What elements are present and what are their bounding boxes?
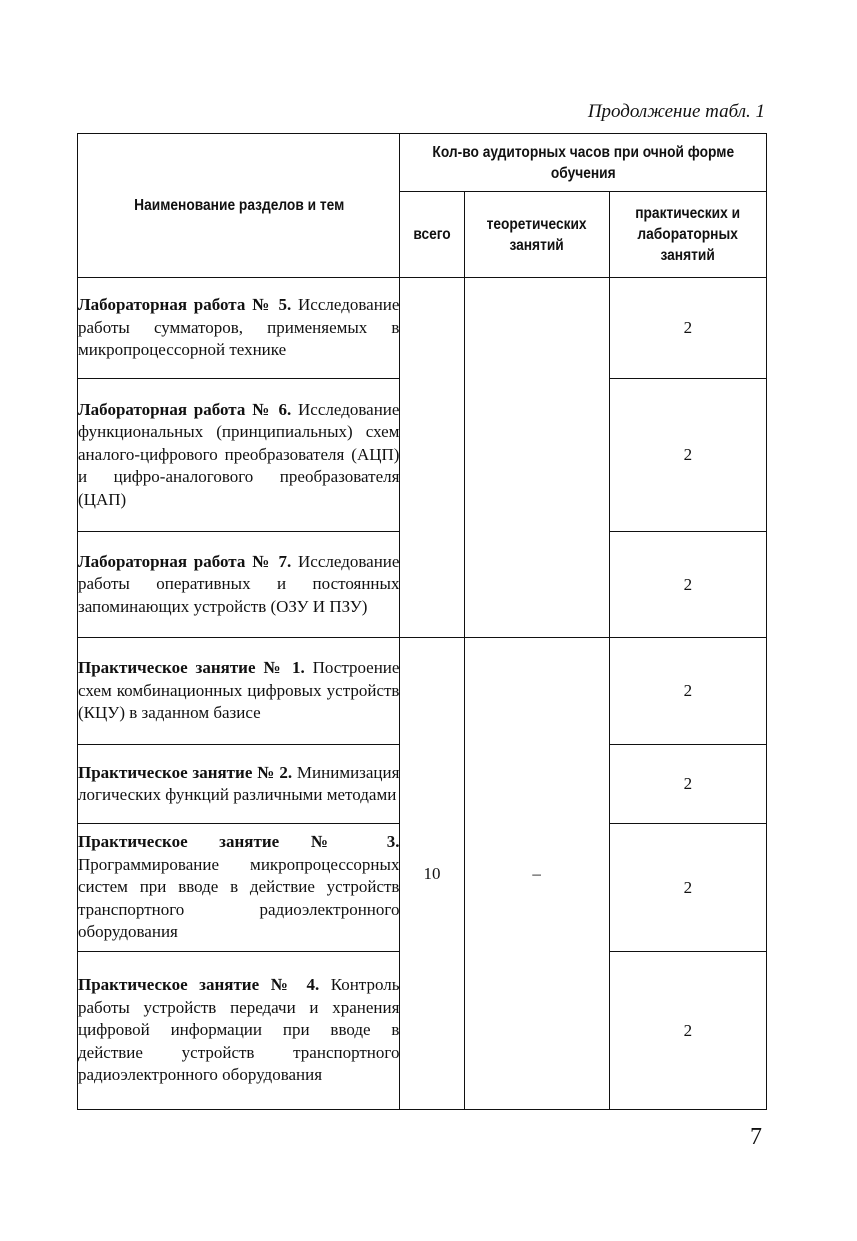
row-practice-hours: 2 [609, 952, 766, 1110]
row-practice-hours: 2 [609, 745, 766, 824]
row-topic: Лабораторная работа № 5. Исследование ра… [78, 278, 400, 379]
group-total-hours: 10 [400, 638, 464, 1110]
header-theory: теоретических занятий [474, 192, 599, 278]
row-topic: Лабораторная работа № 7. Исследование ра… [78, 532, 400, 638]
row-topic-title: Практическое занятие № 4. [78, 975, 319, 994]
table-row: Лабораторная работа № 5. Исследование ра… [78, 278, 767, 379]
hours-table: Наименование разделов и тем Кол-во аудит… [77, 133, 767, 1110]
header-group: Кол-во аудиторных часов при очной форме … [426, 134, 741, 192]
row-topic-title: Практическое занятие № 1. [78, 658, 305, 677]
row-topic-text: Программирование микропроцессорных систе… [78, 855, 399, 942]
header-practice: практических и лабораторных занятий [620, 192, 755, 278]
row-practice-hours: 2 [609, 278, 766, 379]
header-name: Наименование разделов и тем [100, 134, 377, 278]
row-topic: Практическое занятие № 4. Контроль работ… [78, 952, 400, 1110]
row-practice-hours: 2 [609, 638, 766, 745]
row-practice-hours: 2 [609, 824, 766, 952]
group-theory-hours: – [464, 638, 609, 1110]
row-topic-title: Практическое занятие № 3. [78, 832, 399, 851]
row-topic: Практическое занятие № 1. Построение схе… [78, 638, 400, 745]
row-topic: Лабораторная работа № 6. Исследование фу… [78, 379, 400, 532]
page-number: 7 [750, 1124, 762, 1151]
row-topic-title: Лабораторная работа № 5. [78, 295, 291, 314]
table-body: Лабораторная работа № 5. Исследование ра… [78, 278, 767, 1110]
row-topic-title: Лабораторная работа № 6. [78, 400, 291, 419]
table-row: Практическое занятие № 1. Построение схе… [78, 638, 767, 745]
table-caption: Продолжение табл. 1 [588, 101, 765, 123]
row-topic: Практическое занятие № 2. Минимизация ло… [78, 745, 400, 824]
row-topic: Практическое занятие № 3. Программирован… [78, 824, 400, 952]
row-practice-hours: 2 [609, 532, 766, 638]
header-total: всего [404, 192, 459, 278]
row-topic-title: Лабораторная работа № 7. [78, 552, 291, 571]
row-practice-hours: 2 [609, 379, 766, 532]
row-topic-title: Практическое занятие № 2. [78, 763, 292, 782]
group-theory-hours [464, 278, 609, 638]
group-total-hours [400, 278, 464, 638]
